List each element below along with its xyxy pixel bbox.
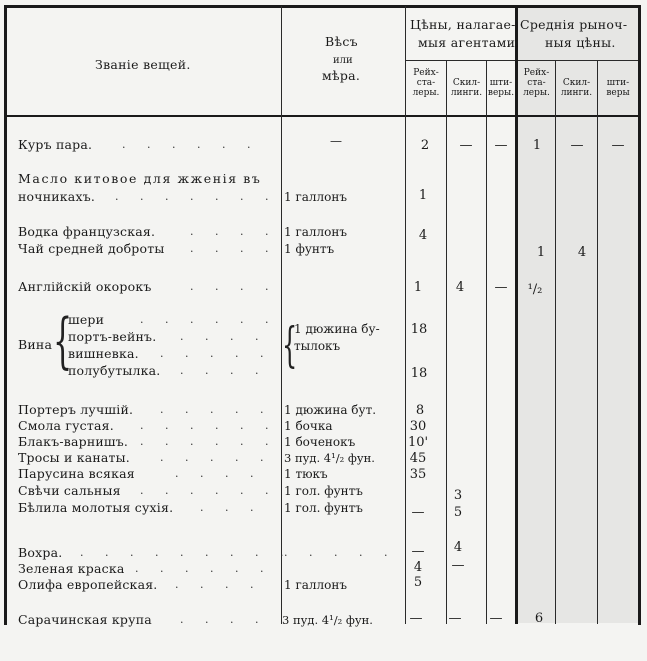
header-name-col: Званіе вещей. <box>95 58 191 72</box>
agent-reichsthaler: — <box>400 544 436 559</box>
row-measure: 1 гол. фунтъ <box>284 501 363 515</box>
row-measure: 1 дюжина бу- <box>294 322 380 336</box>
row-name: Смола густая. <box>18 419 114 433</box>
row-name: Чай средней доброты <box>18 242 165 256</box>
agent-skilling: — <box>437 611 473 626</box>
row-name: Блакъ-варнишъ. <box>18 435 128 449</box>
leader-dots: . . . . . <box>160 347 272 360</box>
leader-dots: . . . . <box>175 467 262 480</box>
row-measure: 1 тюкъ <box>284 467 328 481</box>
leader-dots: . . . . <box>190 225 277 238</box>
row-measure-continued: тылокъ <box>294 339 340 353</box>
header-market-prices-line1: Среднія рыноч- <box>520 18 627 32</box>
subheader-market-stuiver: шти- веры <box>598 78 638 98</box>
wine-item: шери <box>68 313 104 327</box>
header-measure-line2: или <box>333 56 353 66</box>
table-right-border <box>638 5 641 625</box>
subheader-agent-stuiver: шти- веры. <box>487 78 515 98</box>
leader-dots: . . . . . <box>160 451 272 464</box>
row-measure: 1 галлонъ <box>284 225 347 239</box>
leader-dots: . . . . <box>180 330 267 343</box>
agent-reichsthaler: 4 <box>405 228 441 243</box>
leader-dots: . . . . . . <box>140 435 277 448</box>
header-measure-line3: мѣра. <box>322 69 360 83</box>
row-measure: 1 гол. фунтъ <box>284 484 363 498</box>
subheader-agent-skilling: Скил- линги. <box>447 78 486 98</box>
col-divider-market-2 <box>597 60 598 624</box>
agent-reichsthaler: 35 <box>400 467 436 482</box>
row-name: Портеръ лучшій. <box>18 403 133 417</box>
leader-dots: . . . . <box>180 613 267 626</box>
market-reichsthaler: 1 <box>523 245 559 260</box>
col-divider-agent-market <box>515 6 518 624</box>
agent-reichsthaler: 18 <box>401 366 437 381</box>
row-name: Масло китовое для жженія въ <box>18 172 261 186</box>
price-header-divider <box>405 60 640 61</box>
agent-reichsthaler: 4 <box>400 560 436 575</box>
row-measure: 1 галлонъ <box>284 190 347 204</box>
row-measure: 1 галлонъ <box>284 578 347 592</box>
agent-reichsthaler: 30 <box>400 419 436 434</box>
market-skilling: — <box>559 138 595 153</box>
leader-dots: . . . . <box>175 578 262 591</box>
table-top-border <box>4 5 641 8</box>
market-stuiver: — <box>600 138 636 153</box>
market-skilling: 4 <box>564 245 600 260</box>
row-name: Зеленая краска <box>18 562 125 576</box>
row-measure: 1 бочка <box>284 419 333 433</box>
header-measure-line1: Вѣсъ <box>325 35 358 49</box>
leader-dots: . . . . . . . . . <box>80 546 292 559</box>
table-left-border <box>4 5 7 625</box>
subheader-market-reichsthaler: Рейх- ста- леры. <box>518 68 555 98</box>
wine-item: вишневка. <box>68 347 139 361</box>
leader-dots: . . . . . . <box>140 313 277 326</box>
leader-dots: . . . . . . . <box>115 190 277 203</box>
market-reichsthaler: 6 <box>521 611 557 626</box>
market-prices-shade <box>518 8 638 623</box>
header-agent-prices-line2: мыя агентами. <box>418 36 520 50</box>
market-reichsthaler: ¹/₂ <box>517 282 553 297</box>
leader-dots: . . . . . . <box>140 484 277 497</box>
row-name-continued: ночникахъ. <box>18 190 95 204</box>
agent-reichsthaler: — <box>400 505 436 520</box>
header-bottom-border <box>4 115 641 117</box>
row-measure: 1 дюжина бут. <box>284 403 376 417</box>
agent-stuiver: — <box>483 280 519 295</box>
row-name: Олифа европейская. <box>18 578 157 592</box>
row-name: Сарачинская крупа <box>18 613 152 627</box>
subheader-market-skilling: Скил- линги. <box>556 78 597 98</box>
wine-group-label: Вина <box>18 338 52 352</box>
agent-skilling: — <box>448 138 484 153</box>
subheader-agent-reichsthaler: Рейх- ста- леры. <box>407 68 445 98</box>
leader-dots: . . . . <box>190 242 277 255</box>
agent-skilling: 3 <box>440 488 476 503</box>
agent-reichsthaler: 2 <box>407 138 443 153</box>
col-divider-market-1 <box>555 60 556 624</box>
agent-skilling: 5 <box>440 505 476 520</box>
row-name: Водка французская. <box>18 225 155 239</box>
row-name: Англійскій окорокъ <box>18 280 152 294</box>
agent-reichsthaler: 45 <box>400 451 436 466</box>
market-reichsthaler: 1 <box>519 138 555 153</box>
row-measure: 3 пуд. 4¹/₂ фун. <box>282 613 373 627</box>
agent-stuiver: — <box>483 138 519 153</box>
agent-reichsthaler: 1 <box>405 188 441 203</box>
agent-reichsthaler: 18 <box>401 322 437 337</box>
agent-reichsthaler: 5 <box>400 575 436 590</box>
agent-skilling: 4 <box>440 540 476 555</box>
row-measure: — <box>330 134 342 148</box>
agent-reichsthaler: 1 <box>400 280 436 295</box>
agent-skilling: — <box>440 558 476 573</box>
price-table-page: Званіе вещей. Вѣсъ или мѣра. Цѣны, налаг… <box>0 0 647 661</box>
agent-reichsthaler: 10' <box>400 435 436 450</box>
header-agent-prices-line1: Цѣны, налагае- <box>410 18 516 32</box>
agent-stuiver: — <box>478 611 514 626</box>
row-name: Вохра. <box>18 546 62 560</box>
leader-dots: . . . . . . <box>122 138 259 151</box>
col-divider-measure <box>405 6 406 624</box>
agent-reichsthaler: — <box>398 611 434 626</box>
row-name: Тросы и канаты. <box>18 451 130 465</box>
agent-skilling: 4 <box>442 280 478 295</box>
leader-dots: . . . . <box>190 280 277 293</box>
row-name: Парусина всякая <box>18 467 135 481</box>
leader-dots: . . . . <box>180 364 267 377</box>
leader-dots: . . . . . . <box>135 562 272 575</box>
wine-item: полубутылка. <box>68 364 160 378</box>
header-market-prices-line2: ныя цѣны. <box>545 36 616 50</box>
row-name: Куръ пара. <box>18 138 92 152</box>
row-measure: 3 пуд. 4¹/₂ фун. <box>284 451 375 465</box>
row-name: Свѣчи сальныя <box>18 484 121 498</box>
wine-item: портъ-вейнъ. <box>68 330 156 344</box>
leader-dots: . . . . . <box>160 403 272 416</box>
row-measure: . . . . . <box>284 546 396 559</box>
row-measure: 1 фунтъ <box>284 242 334 256</box>
row-measure: 1 боченокъ <box>284 435 355 449</box>
row-name: Бѣлила молотыя сухія. <box>18 501 173 515</box>
leader-dots: . . . . . . <box>140 419 277 432</box>
leader-dots: . . . <box>200 501 262 514</box>
agent-reichsthaler: 8 <box>402 403 438 418</box>
